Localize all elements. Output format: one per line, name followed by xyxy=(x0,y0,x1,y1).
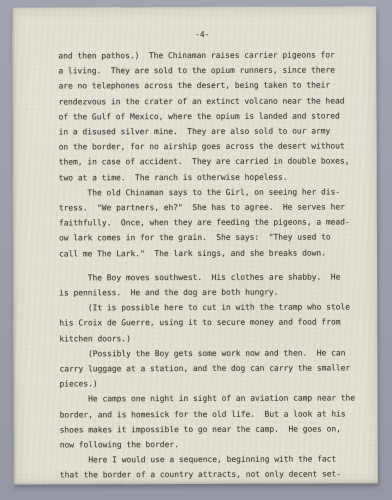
text-line: Here I would use a sequence, beginning w… xyxy=(60,452,352,468)
text-line: is penniless. He and the dog are both hu… xyxy=(59,285,351,301)
text-line: The old Chinaman says to the Girl, on se… xyxy=(59,184,351,200)
text-line: of the Gulf of Mexico, where the opium i… xyxy=(59,108,351,124)
text-line: shoes makes it impossible to go near the… xyxy=(60,421,352,437)
text-line: in a disused silver mine. They are also … xyxy=(59,123,351,139)
text-line: tress. "We partners, eh?" She has to agr… xyxy=(59,199,351,215)
text-line: call me The Lark." The lark sings, and s… xyxy=(59,245,351,261)
text-line: pieces.) xyxy=(59,376,351,392)
page-number: -4- xyxy=(20,26,384,42)
text-line: are no telephones across the desert, bei… xyxy=(58,78,350,94)
text-line: that the border of a country attracts, n… xyxy=(60,467,352,483)
text-line: on the border, for no airship goes acros… xyxy=(59,139,351,155)
page-body: and then pathos.) The Chinaman raises ca… xyxy=(12,47,378,483)
desk-background: -4- and then pathos.) The Chinaman raise… xyxy=(0,0,392,500)
text-line: border, and is homesick for the old life… xyxy=(60,406,352,422)
text-line: faithfully. Once, when they are feeding … xyxy=(59,215,351,231)
text-line: and then pathos.) The Chinaman raises ca… xyxy=(58,47,350,63)
document-page: -4- and then pathos.) The Chinaman raise… xyxy=(12,6,378,484)
text-line: kitchen doors.) xyxy=(59,330,351,346)
text-line: (Possibly the Boy gets some work now and… xyxy=(59,345,351,361)
text-line: a living. They are sold to the opium run… xyxy=(58,63,350,79)
text-line: rendezvous in the crater of an extinct v… xyxy=(58,93,350,109)
text-line: them, in case of accident. They are carr… xyxy=(59,154,351,170)
text-line: now following the border. xyxy=(60,437,352,453)
text-line: He camps one night in sight of an aviati… xyxy=(60,391,352,407)
text-line: carry luggage at a station, and the dog … xyxy=(59,361,351,377)
text-line: (It is possible here to cut in with the … xyxy=(59,300,351,316)
text-line: two at a time. The ranch is otherwise ho… xyxy=(59,169,351,185)
text-line: ow lark comes in for the grain. She says… xyxy=(59,230,351,246)
text-line: his Croix de Guerre, using it to secure … xyxy=(59,315,351,331)
text-line: The Boy moves southwest. His clothes are… xyxy=(59,269,351,285)
